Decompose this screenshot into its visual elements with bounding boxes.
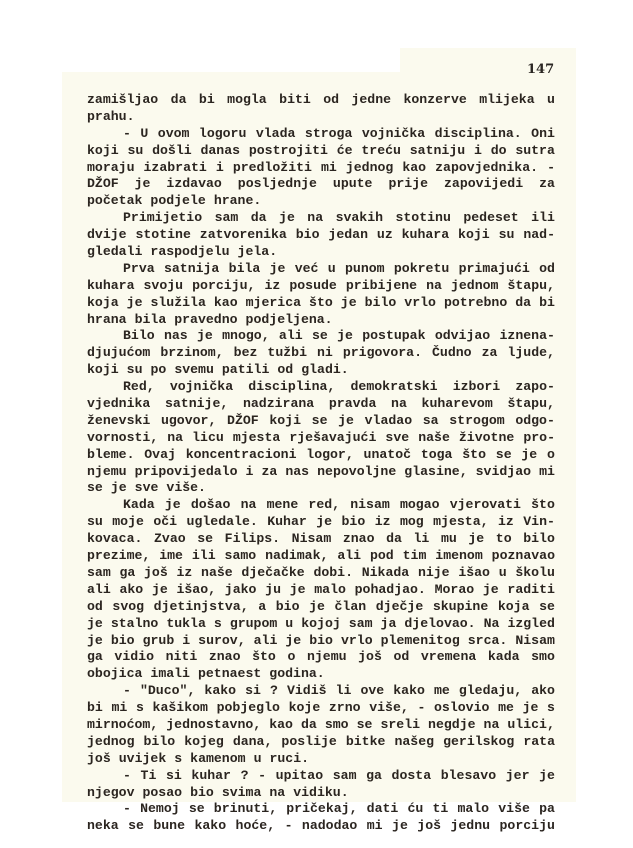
text-line: vjednikasatnije,nadziranapravdanakuharev…: [87, 396, 555, 413]
text-line: mirnoćom,jednostavno,kaodasmosesrelinegd…: [87, 717, 555, 734]
text-line: -Tisikuhar?-upitaosamgadostablesavojerje: [87, 768, 555, 785]
text-line: Red,vojničkadisciplina,demokratskiizbori…: [87, 379, 555, 396]
text-line: kojisudošlidanaspostrojitićetrećusatniju…: [87, 143, 555, 160]
text-line: odsvogdjetinjstva,abioječlandječjeskupin…: [87, 599, 555, 616]
text-line: Prvasatnijabilajevećupunompokretuprimaju…: [87, 261, 555, 278]
text-line: prezime,imeilisamonadimak,alipodtimimeno…: [87, 548, 555, 565]
text-line: jebiogrubisurov,alijebiovrloplemenitogsr…: [87, 633, 555, 650]
text-line: bimiskašikompobjeglokojezrnoviše,-oslovi…: [87, 700, 555, 717]
text-line: -"Duco",kakosi?Vidišliovekakomegledaju,a…: [87, 683, 555, 700]
text-line: prahu.: [87, 109, 555, 126]
text-line: dvijestotinezatvorenikabiojedanuzkuharak…: [87, 227, 555, 244]
body-text: zamišljaodabimoglabitiodjednekonzervemli…: [87, 92, 555, 835]
text-line: Primijetiosamdajenasvakihstotinupedeseti…: [87, 210, 555, 227]
text-line: gledaliraspodjelujela.: [87, 244, 555, 261]
text-line: jošuvijekskamenomuruci.: [87, 751, 555, 768]
text-line: kojajeslužilakaomjericaštojebilovrlopotr…: [87, 295, 555, 312]
text-line: Bilonasjemnogo,alisejepostupakodvijaoizn…: [87, 328, 555, 345]
text-line: aliakojeišao,jakojujemalopohadjao.Moraoj…: [87, 582, 555, 599]
text-line: vornosti,nalicumjestarješavajućisvenašež…: [87, 430, 555, 447]
text-line: jestalnotuklasgrupomukojojsamjadjelovao.…: [87, 616, 555, 633]
text-line: sejesveviše.: [87, 480, 555, 497]
text-line: zamišljaodabimoglabitiodjednekonzervemli…: [87, 92, 555, 109]
text-line: njemupripovijedaloizanasnepovoljneglasin…: [87, 464, 555, 481]
page-number: 147: [527, 62, 554, 77]
text-line: samgajošiznašedječačkedobi.Nikadanijeiša…: [87, 565, 555, 582]
text-line: hranabilapravednopodjeljena.: [87, 312, 555, 329]
text-line: obojicaimalipetnaestgodina.: [87, 666, 555, 683]
text-line: bleme.Ovajkoncentracionilogor,unatočtoga…: [87, 447, 555, 464]
text-line: ženevskiugovor,DŽOFkojisejevladaosastrog…: [87, 413, 555, 430]
text-line: kojisuposvemupatiliodgladi.: [87, 362, 555, 379]
text-line: sumojeočiugledale.Kuharjebioizmogmjesta,…: [87, 514, 555, 531]
text-line: djujućombrzinom,beztužbiniprigovora.Čudn…: [87, 345, 555, 362]
text-line: -Nemojsebrinuti,pričekaj,datićutimaloviš…: [87, 801, 555, 818]
text-line: gavidionitiznaoštoonjemujošodvremenakada…: [87, 649, 555, 666]
text-line: početakpodjelehrane.: [87, 193, 555, 210]
text-line: jednogbilokojegdana,poslijebitkenašegger…: [87, 734, 555, 751]
text-line: -Uovomlogoruvladastrogavojničkadisciplin…: [87, 126, 555, 143]
text-line: njegovposaobiosvimanavidiku.: [87, 785, 555, 802]
text-line: kovaca.ZvaoseFilips.Nisamznaodalimujetob…: [87, 531, 555, 548]
text-line: Kadajedošaonamenered,nisammogaovjerovati…: [87, 497, 555, 514]
text-line: morajuizabratiipredložitimijednogkaozapo…: [87, 160, 555, 177]
text-line: nekasebunekakohoće,-nadodaomijejošjednup…: [87, 818, 555, 835]
text-line: kuharasvojuporciju,izposudepribijenenaje…: [87, 278, 555, 295]
text-line: DŽOFjeizdavaoposljednjeuputeprijezapovij…: [87, 176, 555, 193]
